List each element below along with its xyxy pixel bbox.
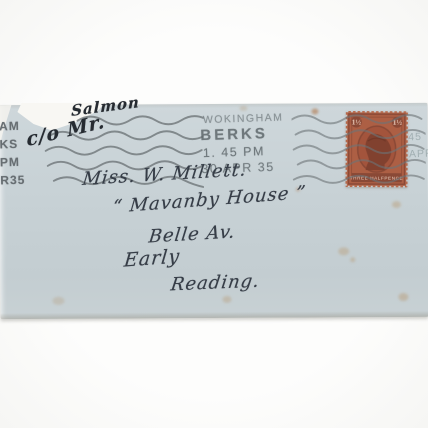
postmark-left-partial: AM KS PM R35 — [0, 117, 26, 190]
envelope: AM KS PM R35 WOKINGHAM BERKS 1. 45 PM 30… — [0, 103, 428, 319]
address-line-street: Belle Av. — [148, 221, 237, 247]
stain — [392, 201, 401, 208]
postmark-partial-line: KS — [0, 135, 25, 154]
photo-background: AM KS PM R35 WOKINGHAM BERKS 1. 45 PM 30… — [0, 0, 428, 428]
stain — [222, 296, 231, 303]
stain — [398, 293, 408, 301]
postmark-time: 1. 45 PM — [203, 144, 285, 161]
postmark-county: BERKS — [200, 125, 284, 145]
stain — [239, 106, 247, 111]
address-line-district: Early — [123, 245, 181, 271]
postmark-town: WOKINGHAM — [203, 112, 284, 127]
address-line-town: Reading. — [169, 271, 261, 296]
stain — [350, 257, 355, 262]
postmark-partial-line: AM — [0, 117, 24, 136]
postmark-partial-line: R35 — [0, 171, 25, 190]
stain — [338, 247, 349, 255]
stain — [52, 297, 64, 305]
cancel-wavy-lines-right — [291, 109, 425, 190]
postmark-partial-line: PM — [0, 153, 25, 172]
